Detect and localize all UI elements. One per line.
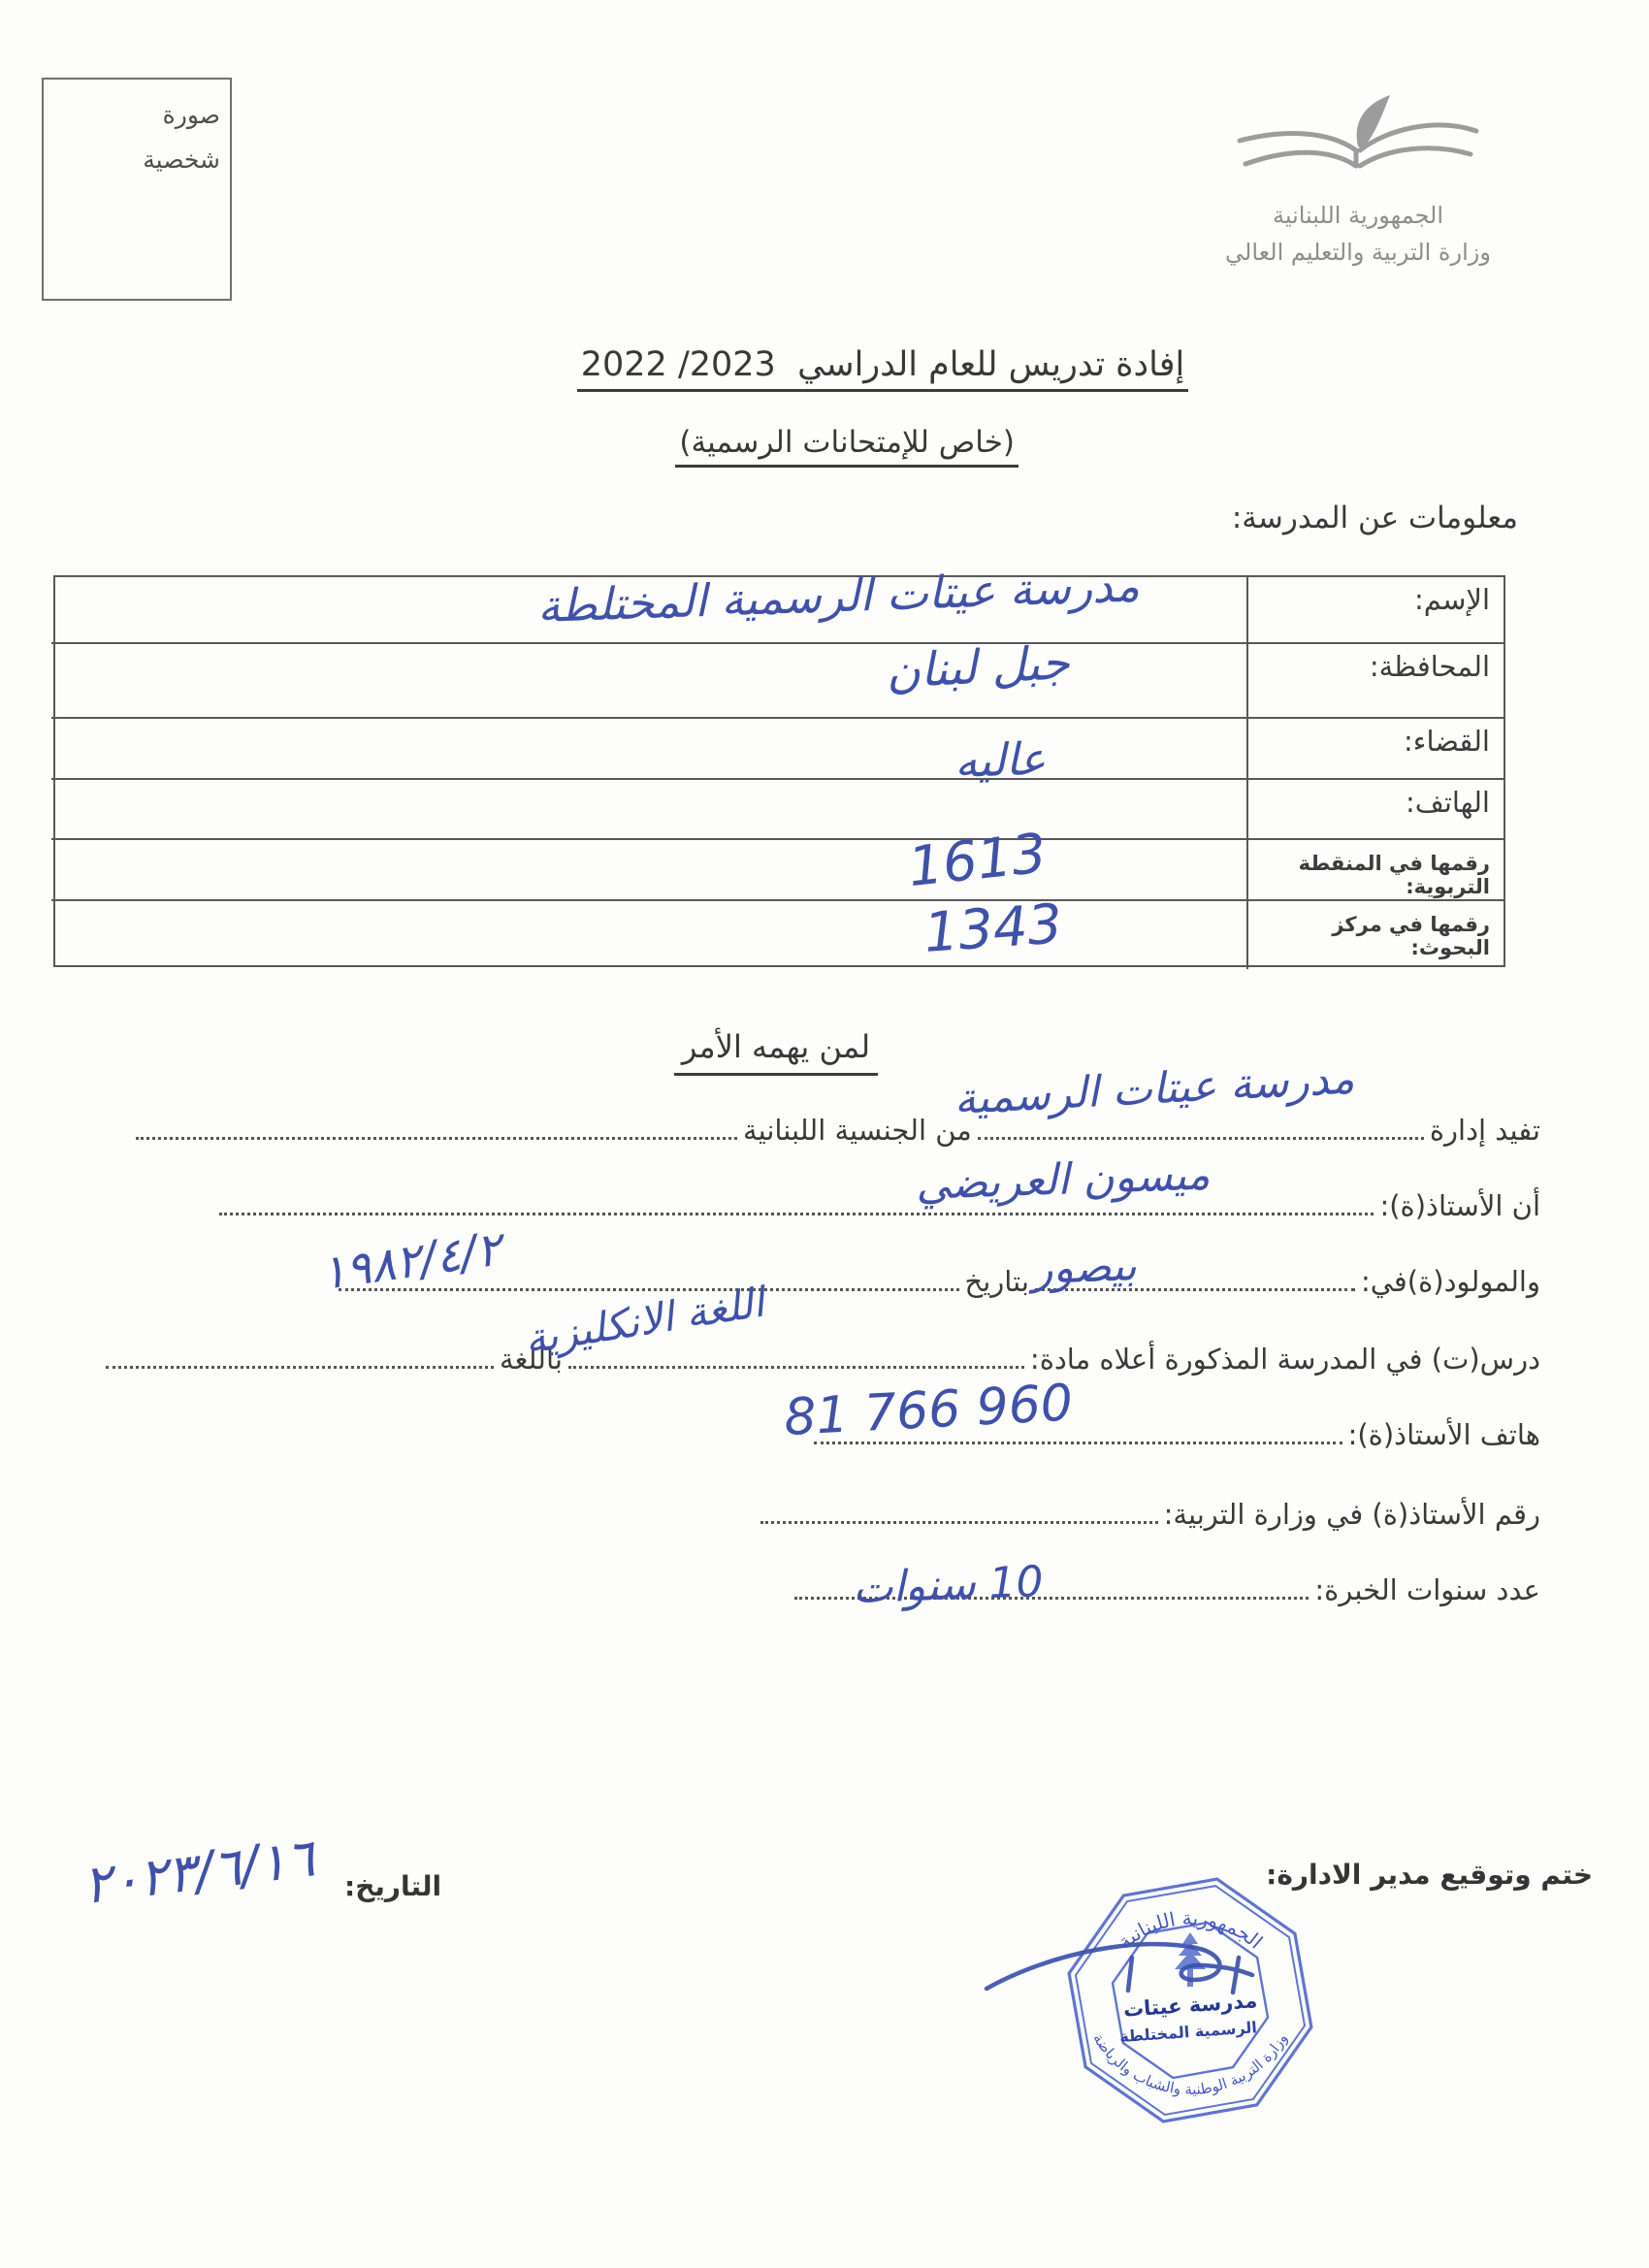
- ministry-logo-book-icon: [1232, 92, 1484, 204]
- academic-year: 2022 /2023: [581, 345, 776, 384]
- field-zone-number: [51, 838, 1246, 899]
- stamp-school-line2: الرسمية المختلطة: [1119, 2018, 1258, 2046]
- school-info-heading: معلومات عن المدرسة:: [1232, 501, 1518, 535]
- header-ministry: وزارة التربية والتعليم العالي: [1164, 239, 1552, 266]
- handwriting-research-number: 1343: [921, 892, 1064, 965]
- line6-prefix: رقم الأستاذ(ة) في وزارة التربية:: [1164, 1498, 1540, 1531]
- field-research-number: [51, 899, 1246, 969]
- letter-line-6: رقم الأستاذ(ة) في وزارة التربية:: [755, 1496, 1540, 1531]
- form-title: إفادة تدريس للعام الدراسي 2022 /2023: [524, 345, 1242, 384]
- letter-heading-text: لمن يهمه الأمر: [674, 1028, 878, 1076]
- handwriting-experience-years: 10 سنوات: [852, 1557, 1044, 1613]
- form-subtitle: (خاص للإمتحانات الرسمية): [679, 425, 1018, 460]
- line1-prefix: تفيد إدارة: [1430, 1114, 1540, 1147]
- line7-prefix: عدد سنوات الخبرة:: [1314, 1573, 1540, 1606]
- handwriting-district: عاليه: [954, 732, 1047, 788]
- line1-mid: من الجنسية اللبنانية: [743, 1114, 972, 1147]
- letter-heading: لمن يهمه الأمر: [630, 1028, 921, 1065]
- line5-prefix: هاتف الأستاذ(ة):: [1348, 1418, 1540, 1451]
- letter-line-2: أن الأستاذ(ة):: [213, 1187, 1540, 1222]
- form-title-text: إفادة تدريس للعام الدراسي: [797, 345, 1184, 384]
- handwriting-teacher-name: ميسون العريضي: [915, 1150, 1211, 1210]
- date-label: التاريخ:: [344, 1870, 441, 1902]
- letter-line-3: والمولود(ة)في:بتاريخ: [333, 1263, 1540, 1298]
- letter-line-4: درس(ت) في المدرسة المذكورة أعلاه مادة:با…: [100, 1341, 1540, 1376]
- dotted-line: [760, 1496, 1158, 1524]
- label-district: القضاء:: [1246, 717, 1503, 778]
- label-phone: الهاتف:: [1246, 778, 1503, 838]
- header-republic: الجمهورية اللبنانية: [1193, 202, 1523, 229]
- line2-prefix: أن الأستاذ(ة):: [1379, 1189, 1540, 1222]
- photo-text-line2: شخصية: [143, 138, 220, 182]
- photo-placeholder-text: صورة شخصية: [143, 93, 220, 183]
- photo-placeholder-box: صورة شخصية: [42, 78, 232, 301]
- signature-stroke: [986, 1944, 1252, 1993]
- field-phone: [51, 778, 1246, 838]
- photo-text-line1: صورة: [143, 93, 220, 138]
- dotted-line: [106, 1341, 494, 1369]
- label-research-number: رقمها في مركز البحوث:: [1246, 899, 1503, 969]
- dotted-line: [136, 1112, 737, 1140]
- letter-line-1: تفيد إدارةمن الجنسية اللبنانية: [130, 1112, 1540, 1147]
- line3-prefix: والمولود(ة)في:: [1361, 1265, 1540, 1298]
- handwriting-issue-date: ٢٠٢٣/٦/١٦: [80, 1827, 317, 1916]
- official-stamp: الجمهورية اللبنانية وزارة التربية الوطني…: [985, 1843, 1319, 2168]
- school-info-table: الإسم: المحافظة: القضاء: الهاتف: رقمها ف…: [53, 575, 1505, 967]
- handwriting-governorate: جبل لبنان: [885, 635, 1071, 699]
- form-subtitle-text: (خاص للإمتحانات الرسمية): [675, 425, 1018, 468]
- line3-mid: بتاريخ: [965, 1265, 1029, 1298]
- handwriting-birthplace: بيصور: [1031, 1241, 1137, 1294]
- label-zone-number: رقمها في المنقطة التربوية:: [1246, 838, 1503, 899]
- field-district: [51, 717, 1246, 778]
- label-governorate: المحافظة:: [1246, 642, 1503, 717]
- label-school-name: الإسم:: [1246, 577, 1503, 642]
- scanned-form-page: صورة شخصية الجمهورية اللبنانية وزارة الت…: [0, 0, 1649, 2268]
- line4-prefix: درس(ت) في المدرسة المذكورة أعلاه مادة:: [1030, 1343, 1540, 1376]
- stamp-school-line1: مدرسة عيتات: [1122, 1989, 1258, 2022]
